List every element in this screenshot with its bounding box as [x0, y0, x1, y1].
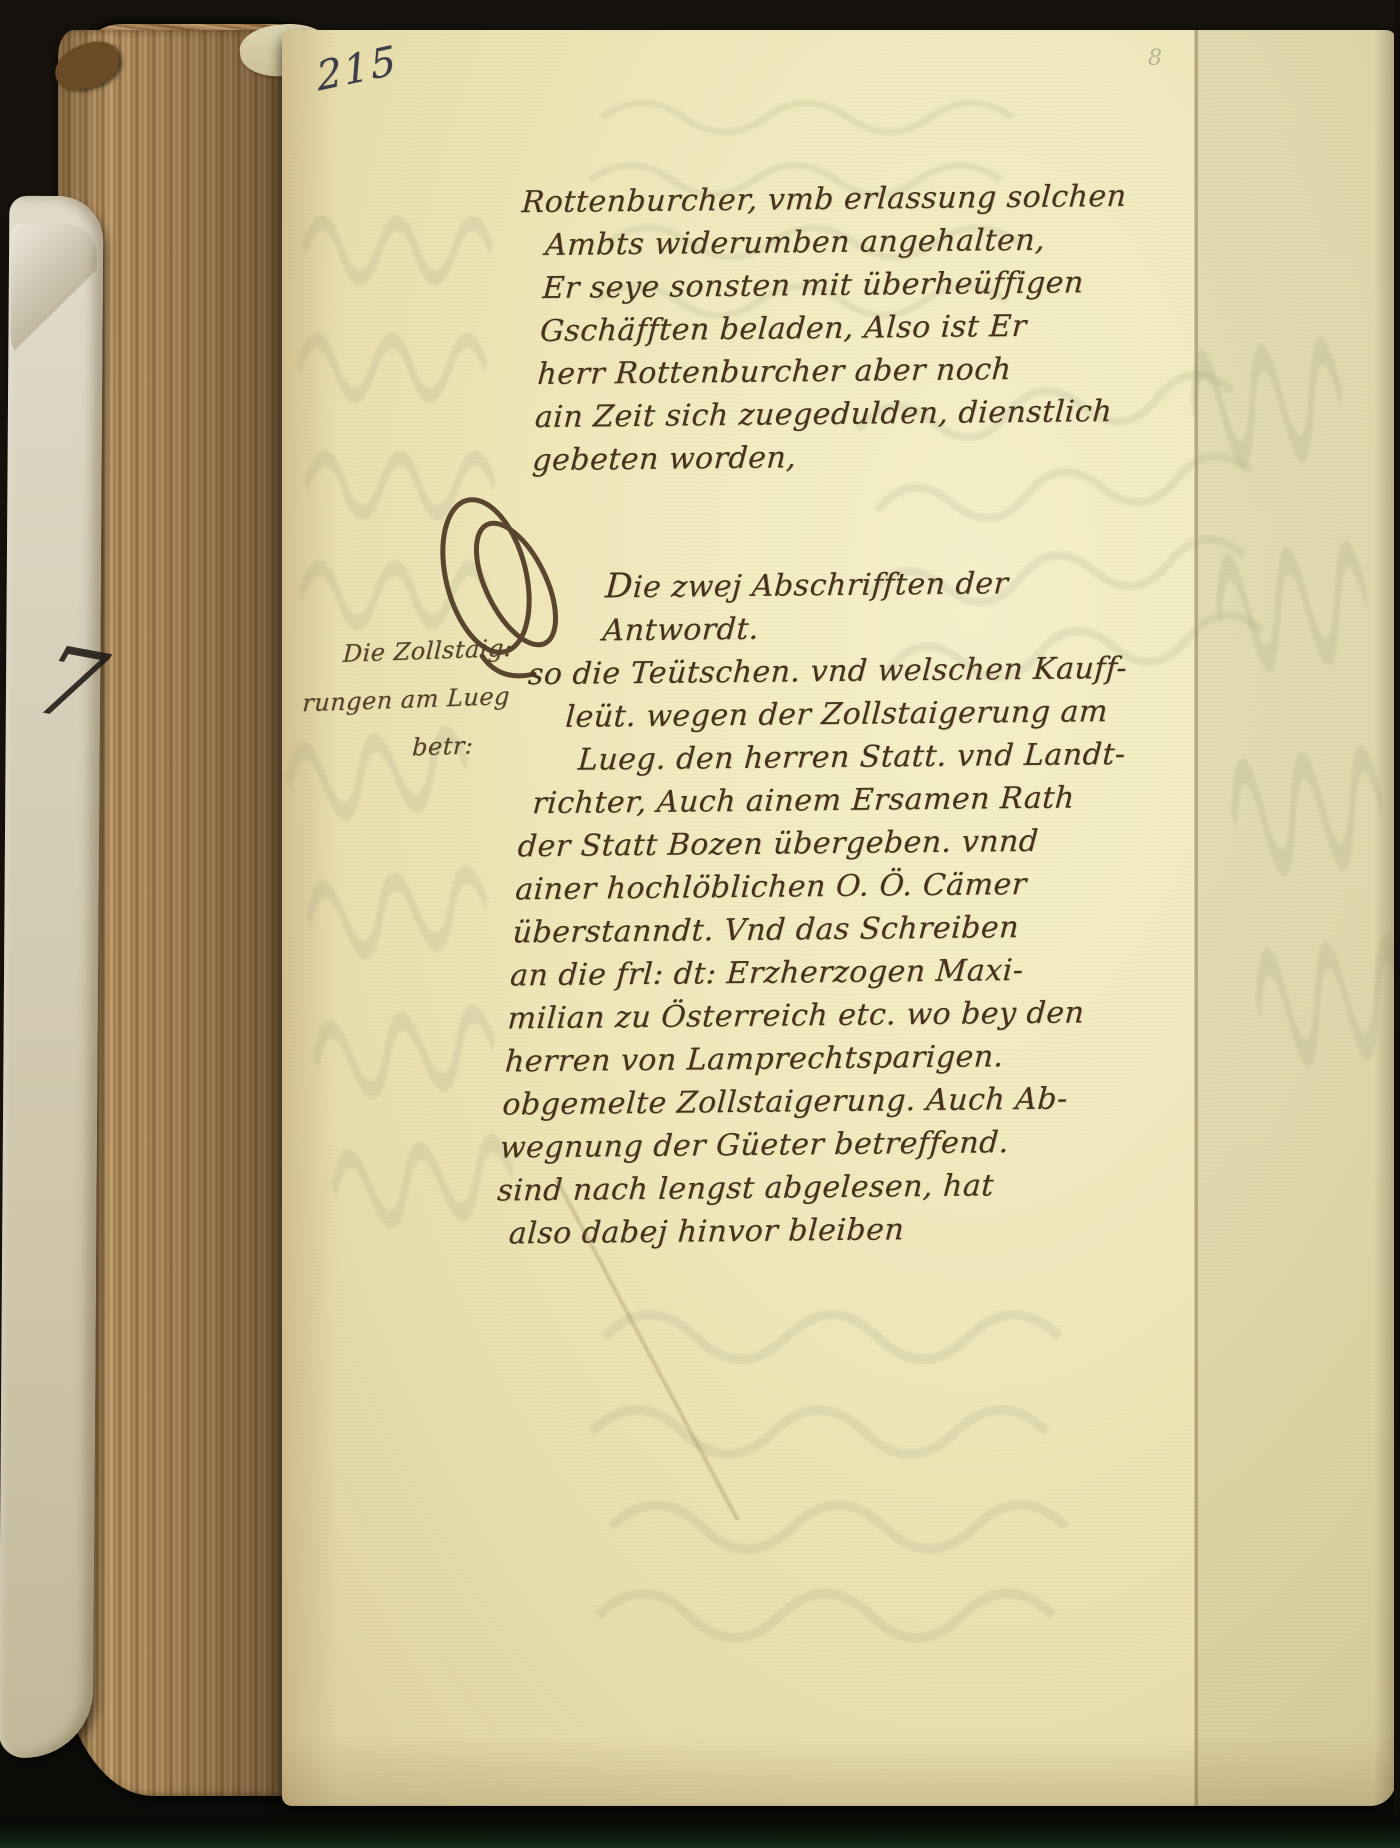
paragraph-1: Rottenburcher, vmb erlassung solchen Amb… [505, 175, 1143, 483]
text-line: leüt. wegen der Zollstaigerung am [564, 690, 1167, 739]
text-line: obgemelte Zollstaigerung. Auch Ab- [501, 1077, 1144, 1127]
text-line: an die frl: dt: Erzherzogen Maxi- [509, 948, 1152, 998]
margin-note: Die Zollstaig: rungen am Lueg betr: [278, 624, 513, 776]
text-line: wegnung der Güeter betreffend. [499, 1120, 1142, 1170]
text-line: Ambts widerumben angehalten, [544, 218, 1141, 267]
margin-note-line: Die Zollstaig: [283, 624, 513, 680]
folio-number: 215 [314, 37, 399, 100]
text-line: ainer hochlöblichen O. Ö. Cämer [514, 862, 1157, 912]
text-line: der Statt Bozen übergeben. vnnd [517, 819, 1160, 869]
text-line: milian zu Österreich etc. wo bey den [506, 991, 1149, 1041]
corner-ink-mark: 8 [1148, 46, 1162, 71]
table-surface-shadow [0, 1804, 1400, 1848]
text-line: ain Zeit sich zuegedulden, dienstlich [534, 390, 1131, 439]
parchment-cover-flap: 7 [0, 196, 103, 1759]
manuscript-photo: 7 [0, 0, 1400, 1848]
margin-note-line: rungen am Lueg [281, 672, 511, 728]
text-line: richter, Auch ainem Ersamen Rath [531, 776, 1162, 826]
margin-note-line: betr: [278, 721, 474, 776]
text-line-rest: ie zwej Abschrifften der Antwordt. [602, 566, 1010, 648]
text-line: sind nach lengst abgelesen, hat [496, 1163, 1139, 1213]
text-line: überstanndt. Vnd das Schreiben [511, 905, 1154, 955]
initial-letter: D [604, 566, 634, 606]
manuscript-page: 215 8 Rottenburcher, vmb erlassung solch… [282, 30, 1396, 1806]
photo-right-edge [1394, 0, 1400, 1848]
text-line: Lueg. den herren Statt. vnd Landt- [577, 733, 1165, 782]
text-line: also dabej hinvor bleiben [508, 1206, 1137, 1256]
text-line: Er seye sonsten mit überheüffigen [541, 261, 1138, 310]
show-through-marks [572, 1280, 1092, 1660]
text-line: Gschäfften beladen, Also ist Er [539, 304, 1136, 353]
text-line: gebeten worden, [531, 433, 1128, 482]
text-line: Die zwej Abschrifften der Antwordt. [601, 559, 1174, 652]
text-line: so die Teütschen. vnd welschen Kauff- [527, 646, 1170, 696]
text-line: herren von Lamprechtsparigen. [504, 1034, 1147, 1084]
text-line: Rottenburcher, vmb erlassung solchen [520, 175, 1143, 225]
text-line: herr Rottenburcher aber noch [536, 347, 1133, 396]
paragraph-2: Die zwej Abschrifften der Antwordt. so d… [494, 559, 1175, 1255]
show-through-marks [1170, 273, 1400, 1106]
